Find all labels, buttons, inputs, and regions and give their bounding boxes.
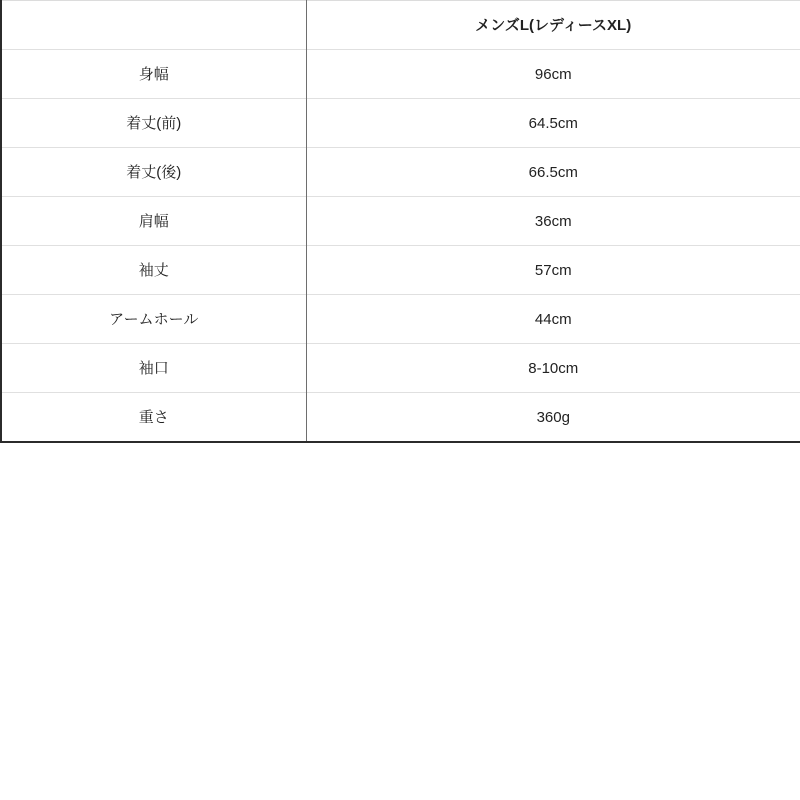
measurement-value: 57cm (306, 246, 800, 295)
measurement-value: 8-10cm (306, 344, 800, 393)
measurement-value: 44cm (306, 295, 800, 344)
measurement-value: 36cm (306, 197, 800, 246)
measurement-value: 64.5cm (306, 99, 800, 148)
measurement-label: 着丈(後) (1, 148, 306, 197)
size-table-row: 重さ360g (1, 393, 800, 443)
size-table-row: 身幅96cm (1, 50, 800, 99)
measurement-value: 66.5cm (306, 148, 800, 197)
measurement-label: 肩幅 (1, 197, 306, 246)
size-table-row: 着丈(前)64.5cm (1, 99, 800, 148)
measurement-value: 96cm (306, 50, 800, 99)
size-table-body: 身幅96cm着丈(前)64.5cm着丈(後)66.5cm肩幅36cm袖丈57cm… (1, 50, 800, 443)
header-empty-cell (1, 1, 306, 50)
size-table-row: 肩幅36cm (1, 197, 800, 246)
size-table-row: 袖口8-10cm (1, 344, 800, 393)
size-table-row: アームホール44cm (1, 295, 800, 344)
measurement-value: 360g (306, 393, 800, 443)
header-size-label: メンズL(レディースXL) (306, 1, 800, 50)
size-spec-table: メンズL(レディースXL) 身幅96cm着丈(前)64.5cm着丈(後)66.5… (0, 0, 800, 443)
size-table-header-row: メンズL(レディースXL) (1, 1, 800, 50)
measurement-label: 袖丈 (1, 246, 306, 295)
size-table-row: 袖丈57cm (1, 246, 800, 295)
size-table-row: 着丈(後)66.5cm (1, 148, 800, 197)
measurement-label: アームホール (1, 295, 306, 344)
measurement-label: 重さ (1, 393, 306, 443)
measurement-label: 袖口 (1, 344, 306, 393)
measurement-label: 身幅 (1, 50, 306, 99)
measurement-label: 着丈(前) (1, 99, 306, 148)
